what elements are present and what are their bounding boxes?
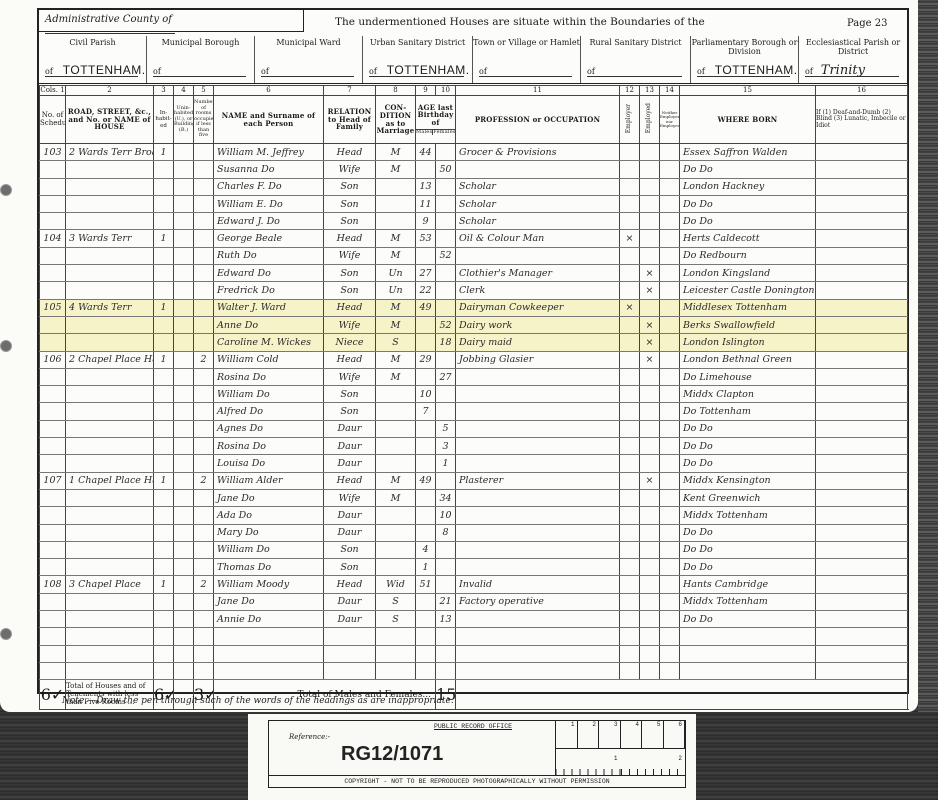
rooms-count bbox=[194, 195, 214, 212]
occupation: Grocer & Provisions bbox=[456, 144, 620, 161]
inhabited-count bbox=[154, 593, 174, 610]
road-address bbox=[66, 662, 154, 679]
census-form: Administrative County of The undermentio… bbox=[37, 8, 909, 694]
employed-mark bbox=[640, 368, 660, 385]
age-male: 51 bbox=[416, 576, 436, 593]
person-name: Agnes Do bbox=[214, 420, 324, 437]
employed-mark: × bbox=[640, 351, 660, 368]
marital-condition bbox=[376, 195, 416, 212]
age-female bbox=[436, 351, 456, 368]
schedule-number bbox=[40, 438, 66, 455]
neither-mark bbox=[660, 178, 680, 195]
schedule-number bbox=[40, 593, 66, 610]
infirmity bbox=[816, 161, 908, 178]
employed-mark bbox=[640, 489, 660, 506]
infirmity bbox=[816, 593, 908, 610]
neither-mark bbox=[660, 265, 680, 282]
birthplace: Do Do bbox=[680, 524, 816, 541]
table-row: William E. DoSon11ScholarDo Do bbox=[40, 195, 908, 212]
road-address bbox=[66, 403, 154, 420]
employer-mark bbox=[620, 386, 640, 403]
infirmity bbox=[816, 611, 908, 628]
employed-mark bbox=[640, 628, 660, 645]
inhabited-count bbox=[154, 282, 174, 299]
neither-mark bbox=[660, 455, 680, 472]
person-name: Jane Do bbox=[214, 593, 324, 610]
birthplace: London Hackney bbox=[680, 178, 816, 195]
district-municipal-ward: Municipal Ward of bbox=[255, 36, 363, 83]
uninhabited-count bbox=[174, 144, 194, 161]
occupation bbox=[456, 541, 620, 558]
uninhabited-count bbox=[174, 507, 194, 524]
schedule-number bbox=[40, 247, 66, 264]
age-male bbox=[416, 662, 436, 679]
census-body: 1032 Wards Terr Broad Lane1William M. Je… bbox=[40, 144, 908, 680]
employed-mark bbox=[640, 593, 660, 610]
schedule-number bbox=[40, 662, 66, 679]
rooms-count bbox=[194, 386, 214, 403]
census-table: Cols. 1 2 3 4 5 6 7 8 9 10 11 12 13 14 1… bbox=[39, 85, 908, 710]
rooms-count bbox=[194, 559, 214, 576]
rooms-count: 2 bbox=[194, 472, 214, 489]
age-male bbox=[416, 593, 436, 610]
person-name: William Moody bbox=[214, 576, 324, 593]
occupation: Dairyman Cowkeeper bbox=[456, 299, 620, 316]
of-label: of bbox=[479, 67, 487, 76]
relation-to-head: Head bbox=[324, 299, 376, 316]
schedule-number bbox=[40, 611, 66, 628]
rooms-count: 2 bbox=[194, 351, 214, 368]
district-label: Ecclesiastical Parish or District bbox=[799, 38, 907, 56]
marital-condition bbox=[376, 178, 416, 195]
page-edge bbox=[918, 0, 938, 712]
inhabited-count: 1 bbox=[154, 576, 174, 593]
col-num: 5 bbox=[194, 86, 214, 96]
table-row: 1083 Chapel Place12William MoodyHeadWid5… bbox=[40, 576, 908, 593]
schedule-number: 103 bbox=[40, 144, 66, 161]
infirmity bbox=[816, 472, 908, 489]
age-male bbox=[416, 420, 436, 437]
schedule-number bbox=[40, 507, 66, 524]
age-male: 11 bbox=[416, 195, 436, 212]
age-female: 50 bbox=[436, 161, 456, 178]
marital-condition: Wid bbox=[376, 576, 416, 593]
uninhabited-count bbox=[174, 472, 194, 489]
person-name: Mary Do bbox=[214, 524, 324, 541]
age-female bbox=[436, 195, 456, 212]
marital-condition bbox=[376, 628, 416, 645]
rooms-count bbox=[194, 265, 214, 282]
of-label: of bbox=[587, 67, 595, 76]
relation-to-head: Daur bbox=[324, 507, 376, 524]
column-number-row: Cols. 1 2 3 4 5 6 7 8 9 10 11 12 13 14 1… bbox=[40, 86, 908, 96]
relation-to-head: Wife bbox=[324, 489, 376, 506]
infirmity bbox=[816, 489, 908, 506]
table-row: Rosina DoWifeM27Do Limehouse bbox=[40, 368, 908, 385]
person-name: Rosina Do bbox=[214, 438, 324, 455]
schedule-number: 108 bbox=[40, 576, 66, 593]
rooms-count bbox=[194, 368, 214, 385]
relation-to-head bbox=[324, 628, 376, 645]
district-value: TOTTENHAM. bbox=[715, 63, 798, 77]
employed-mark: × bbox=[640, 316, 660, 333]
inhabited-count bbox=[154, 438, 174, 455]
of-label: of bbox=[697, 67, 705, 76]
road-address bbox=[66, 541, 154, 558]
neither-mark bbox=[660, 195, 680, 212]
age-female: 21 bbox=[436, 593, 456, 610]
road-address bbox=[66, 213, 154, 230]
inhabited-count: 1 bbox=[154, 144, 174, 161]
birthplace: Leicester Castle Donington bbox=[680, 282, 816, 299]
table-row: Mary DoDaur8Do Do bbox=[40, 524, 908, 541]
age-female bbox=[436, 213, 456, 230]
age-female bbox=[436, 576, 456, 593]
administrative-county: Administrative County of bbox=[39, 10, 304, 32]
inhabited-count bbox=[154, 628, 174, 645]
employer-mark bbox=[620, 247, 640, 264]
table-row: Anne DoWifeM52Dairy work×Berks Swallowfi… bbox=[40, 316, 908, 333]
uninhabited-count bbox=[174, 247, 194, 264]
occupation bbox=[456, 455, 620, 472]
header-road: ROAD, STREET, &c., and No. or NAME of HO… bbox=[66, 96, 154, 144]
table-row: Ruth DoWifeM52Do Redbourn bbox=[40, 247, 908, 264]
inhabited-count bbox=[154, 507, 174, 524]
road-address bbox=[66, 420, 154, 437]
infirmity bbox=[816, 541, 908, 558]
birthplace: Do Do bbox=[680, 611, 816, 628]
form-note: Note.—Draw the pen through such of the w… bbox=[62, 696, 454, 706]
schedule-number bbox=[40, 161, 66, 178]
occupation bbox=[456, 524, 620, 541]
employer-mark bbox=[620, 420, 640, 437]
person-name: Louisa Do bbox=[214, 455, 324, 472]
schedule-number bbox=[40, 178, 66, 195]
neither-mark bbox=[660, 662, 680, 679]
employer-mark bbox=[620, 161, 640, 178]
uninhabited-count bbox=[174, 576, 194, 593]
age-female: 8 bbox=[436, 524, 456, 541]
col-num: 2 bbox=[66, 86, 154, 96]
neither-mark bbox=[660, 524, 680, 541]
district-town-village: Town or Village or Hamlet of bbox=[473, 36, 581, 83]
uninhabited-count bbox=[174, 195, 194, 212]
schedule-number bbox=[40, 420, 66, 437]
uninhabited-count bbox=[174, 420, 194, 437]
occupation: Dairy maid bbox=[456, 334, 620, 351]
of-label: of bbox=[45, 67, 53, 76]
marital-condition: M bbox=[376, 144, 416, 161]
road-address bbox=[66, 282, 154, 299]
infirmity bbox=[816, 230, 908, 247]
infirmity bbox=[816, 178, 908, 195]
schedule-number bbox=[40, 403, 66, 420]
rooms-count bbox=[194, 611, 214, 628]
road-address bbox=[66, 455, 154, 472]
inhabited-count bbox=[154, 403, 174, 420]
col-num: 3 bbox=[154, 86, 174, 96]
person-name: Rosina Do bbox=[214, 368, 324, 385]
table-row: Thomas DoSon1Do Do bbox=[40, 559, 908, 576]
relation-to-head: Son bbox=[324, 559, 376, 576]
birthplace: Do Do bbox=[680, 559, 816, 576]
schedule-number bbox=[40, 316, 66, 333]
marital-condition bbox=[376, 213, 416, 230]
infirmity bbox=[816, 265, 908, 282]
col-num: 11 bbox=[456, 86, 620, 96]
employer-mark bbox=[620, 593, 640, 610]
relation-to-head: Son bbox=[324, 282, 376, 299]
occupation bbox=[456, 161, 620, 178]
relation-to-head: Son bbox=[324, 213, 376, 230]
employed-mark bbox=[640, 576, 660, 593]
table-row: Jane DoDaurS21Factory operativeMiddx Tot… bbox=[40, 593, 908, 610]
inhabited-count bbox=[154, 334, 174, 351]
table-row: 1043 Wards Terr1George BealeHeadM53Oil &… bbox=[40, 230, 908, 247]
person-name: Anne Do bbox=[214, 316, 324, 333]
birthplace: Do Redbourn bbox=[680, 247, 816, 264]
col-num: 8 bbox=[376, 86, 416, 96]
road-address bbox=[66, 334, 154, 351]
birthplace: Berks Swallowfield bbox=[680, 316, 816, 333]
person-name: Alfred Do bbox=[214, 403, 324, 420]
age-male: 49 bbox=[416, 472, 436, 489]
district-ecclesiastical: Ecclesiastical Parish or District ofTrin… bbox=[799, 36, 907, 83]
infirmity bbox=[816, 213, 908, 230]
relation-to-head bbox=[324, 645, 376, 662]
person-name: Ada Do bbox=[214, 507, 324, 524]
person-name: William Alder bbox=[214, 472, 324, 489]
inhabited-count bbox=[154, 386, 174, 403]
person-name: William Cold bbox=[214, 351, 324, 368]
age-male: 7 bbox=[416, 403, 436, 420]
schedule-number bbox=[40, 386, 66, 403]
district-label: Rural Sanitary District bbox=[581, 38, 690, 47]
reference-slip: Reference:- PUBLIC RECORD OFFICE RG12/10… bbox=[248, 714, 696, 800]
header-employer: Employer bbox=[620, 96, 640, 144]
ruler-tick: 1 bbox=[556, 721, 578, 748]
table-row bbox=[40, 662, 908, 679]
relation-to-head: Head bbox=[324, 144, 376, 161]
rooms-count bbox=[194, 628, 214, 645]
employer-mark bbox=[620, 351, 640, 368]
employer-mark bbox=[620, 645, 640, 662]
birthplace: Do Tottenham bbox=[680, 403, 816, 420]
header-rooms: Number of rooms occupied if less than fi… bbox=[194, 96, 214, 144]
rooms-count bbox=[194, 403, 214, 420]
employer-mark bbox=[620, 334, 640, 351]
neither-mark bbox=[660, 334, 680, 351]
col-num: 16 bbox=[816, 86, 908, 96]
ruler-tick: 2 bbox=[578, 721, 600, 748]
inhabited-count bbox=[154, 645, 174, 662]
neither-mark bbox=[660, 316, 680, 333]
col-num: 12 bbox=[620, 86, 640, 96]
employer-mark bbox=[620, 368, 640, 385]
age-female bbox=[436, 282, 456, 299]
birthplace: Middx Kensington bbox=[680, 472, 816, 489]
infirmity bbox=[816, 576, 908, 593]
age-male bbox=[416, 489, 436, 506]
employer-mark bbox=[620, 611, 640, 628]
age-female: 34 bbox=[436, 489, 456, 506]
infirmity bbox=[816, 420, 908, 437]
table-row: Rosina DoDaur3Do Do bbox=[40, 438, 908, 455]
employed-mark bbox=[640, 507, 660, 524]
age-female bbox=[436, 299, 456, 316]
header-schedule: No. of Schedule bbox=[40, 96, 66, 144]
road-address bbox=[66, 265, 154, 282]
rooms-count bbox=[194, 489, 214, 506]
occupation: Factory operative bbox=[456, 593, 620, 610]
table-row: Charles F. DoSon13ScholarLondon Hackney bbox=[40, 178, 908, 195]
table-row: William DoSon10Middx Clapton bbox=[40, 386, 908, 403]
header-condition: CON-DITION as to Marriage bbox=[376, 96, 416, 144]
infirmity bbox=[816, 455, 908, 472]
employed-mark bbox=[640, 299, 660, 316]
marital-condition bbox=[376, 507, 416, 524]
marital-condition bbox=[376, 645, 416, 662]
uninhabited-count bbox=[174, 282, 194, 299]
schedule-number: 104 bbox=[40, 230, 66, 247]
uninhabited-count bbox=[174, 455, 194, 472]
inhabited-count: 1 bbox=[154, 351, 174, 368]
person-name: Edward J. Do bbox=[214, 213, 324, 230]
employed-mark bbox=[640, 386, 660, 403]
table-row bbox=[40, 645, 908, 662]
occupation bbox=[456, 611, 620, 628]
age-male bbox=[416, 161, 436, 178]
road-address bbox=[66, 593, 154, 610]
schedule-number: 105 bbox=[40, 299, 66, 316]
schedule-number bbox=[40, 489, 66, 506]
person-name: Fredrick Do bbox=[214, 282, 324, 299]
infirmity bbox=[816, 507, 908, 524]
district-label: Urban Sanitary District bbox=[363, 38, 472, 47]
header-age-label: AGE last Birthday of bbox=[416, 104, 455, 127]
col-num: 14 bbox=[660, 86, 680, 96]
of-label: of bbox=[153, 67, 161, 76]
marital-condition bbox=[376, 559, 416, 576]
district-boundaries: Civil Parish ofTOTTENHAM. Municipal Boro… bbox=[39, 36, 907, 84]
age-female bbox=[436, 472, 456, 489]
employer-mark bbox=[620, 265, 640, 282]
birthplace: London Kingsland bbox=[680, 265, 816, 282]
occupation: Scholar bbox=[456, 178, 620, 195]
birthplace bbox=[680, 645, 816, 662]
person-name: William M. Jeffrey bbox=[214, 144, 324, 161]
district-label: Civil Parish bbox=[39, 38, 146, 47]
age-female: 3 bbox=[436, 438, 456, 455]
age-male: 49 bbox=[416, 299, 436, 316]
rooms-count bbox=[194, 316, 214, 333]
table-row bbox=[40, 628, 908, 645]
relation-to-head: Daur bbox=[324, 420, 376, 437]
schedule-number bbox=[40, 524, 66, 541]
uninhabited-count bbox=[174, 178, 194, 195]
uninhabited-count bbox=[174, 611, 194, 628]
schedule-number bbox=[40, 282, 66, 299]
page-number: Page 23 bbox=[847, 18, 887, 29]
person-name: Annie Do bbox=[214, 611, 324, 628]
employed-mark bbox=[640, 247, 660, 264]
employer-mark: × bbox=[620, 230, 640, 247]
age-female bbox=[436, 662, 456, 679]
of-label: of bbox=[369, 67, 377, 76]
table-row: Louisa DoDaur1Do Do bbox=[40, 455, 908, 472]
occupation bbox=[456, 368, 620, 385]
marital-condition bbox=[376, 524, 416, 541]
col-num: 4 bbox=[174, 86, 194, 96]
header-age: AGE last Birthday of Males Females bbox=[416, 96, 456, 144]
relation-to-head: Son bbox=[324, 195, 376, 212]
age-female bbox=[436, 559, 456, 576]
district-rural-sanitary: Rural Sanitary District of bbox=[581, 36, 691, 83]
marital-condition: M bbox=[376, 472, 416, 489]
birthplace: Herts Caldecott bbox=[680, 230, 816, 247]
relation-to-head: Son bbox=[324, 541, 376, 558]
reference-box: Reference:- PUBLIC RECORD OFFICE RG12/10… bbox=[268, 720, 686, 788]
employed-mark: × bbox=[640, 472, 660, 489]
relation-to-head: Daur bbox=[324, 611, 376, 628]
employed-mark bbox=[640, 438, 660, 455]
employer-mark bbox=[620, 403, 640, 420]
inhabited-count bbox=[154, 420, 174, 437]
infirmity bbox=[816, 524, 908, 541]
uninhabited-count bbox=[174, 368, 194, 385]
birthplace: Middx Clapton bbox=[680, 386, 816, 403]
marital-condition bbox=[376, 386, 416, 403]
inhabited-count bbox=[154, 178, 174, 195]
inhabited-count bbox=[154, 368, 174, 385]
admin-county-label: Administrative County of bbox=[45, 14, 172, 25]
age-male bbox=[416, 645, 436, 662]
neither-mark bbox=[660, 230, 680, 247]
employer-mark bbox=[620, 316, 640, 333]
rooms-count bbox=[194, 420, 214, 437]
inhabited-count bbox=[154, 489, 174, 506]
table-row: Agnes DoDaur5Do Do bbox=[40, 420, 908, 437]
age-female: 52 bbox=[436, 316, 456, 333]
column-title-row: No. of Schedule ROAD, STREET, &c., and N… bbox=[40, 96, 908, 144]
district-value: TOTTENHAM. bbox=[63, 63, 146, 77]
neither-mark bbox=[660, 247, 680, 264]
age-male: 13 bbox=[416, 178, 436, 195]
age-female: 1 bbox=[436, 455, 456, 472]
infirmity bbox=[816, 247, 908, 264]
uninhabited-count bbox=[174, 541, 194, 558]
birthplace: Do Limehouse bbox=[680, 368, 816, 385]
ruler-tick: 1 bbox=[556, 749, 621, 775]
schedule-number: 107 bbox=[40, 472, 66, 489]
relation-to-head bbox=[324, 662, 376, 679]
total-females-cell: 13✓ bbox=[456, 680, 908, 710]
uninhabited-count bbox=[174, 559, 194, 576]
neither-mark bbox=[660, 507, 680, 524]
occupation bbox=[456, 247, 620, 264]
table-row: Ada DoDaur10Middx Tottenham bbox=[40, 507, 908, 524]
district-label: Parliamentary Borough or Division bbox=[691, 38, 798, 56]
rooms-count bbox=[194, 144, 214, 161]
employer-mark bbox=[620, 576, 640, 593]
neither-mark bbox=[660, 541, 680, 558]
infirmity bbox=[816, 628, 908, 645]
col-num: 9 bbox=[416, 86, 436, 96]
neither-mark bbox=[660, 282, 680, 299]
rooms-count bbox=[194, 507, 214, 524]
relation-to-head: Wife bbox=[324, 368, 376, 385]
person-name: Edward Do bbox=[214, 265, 324, 282]
